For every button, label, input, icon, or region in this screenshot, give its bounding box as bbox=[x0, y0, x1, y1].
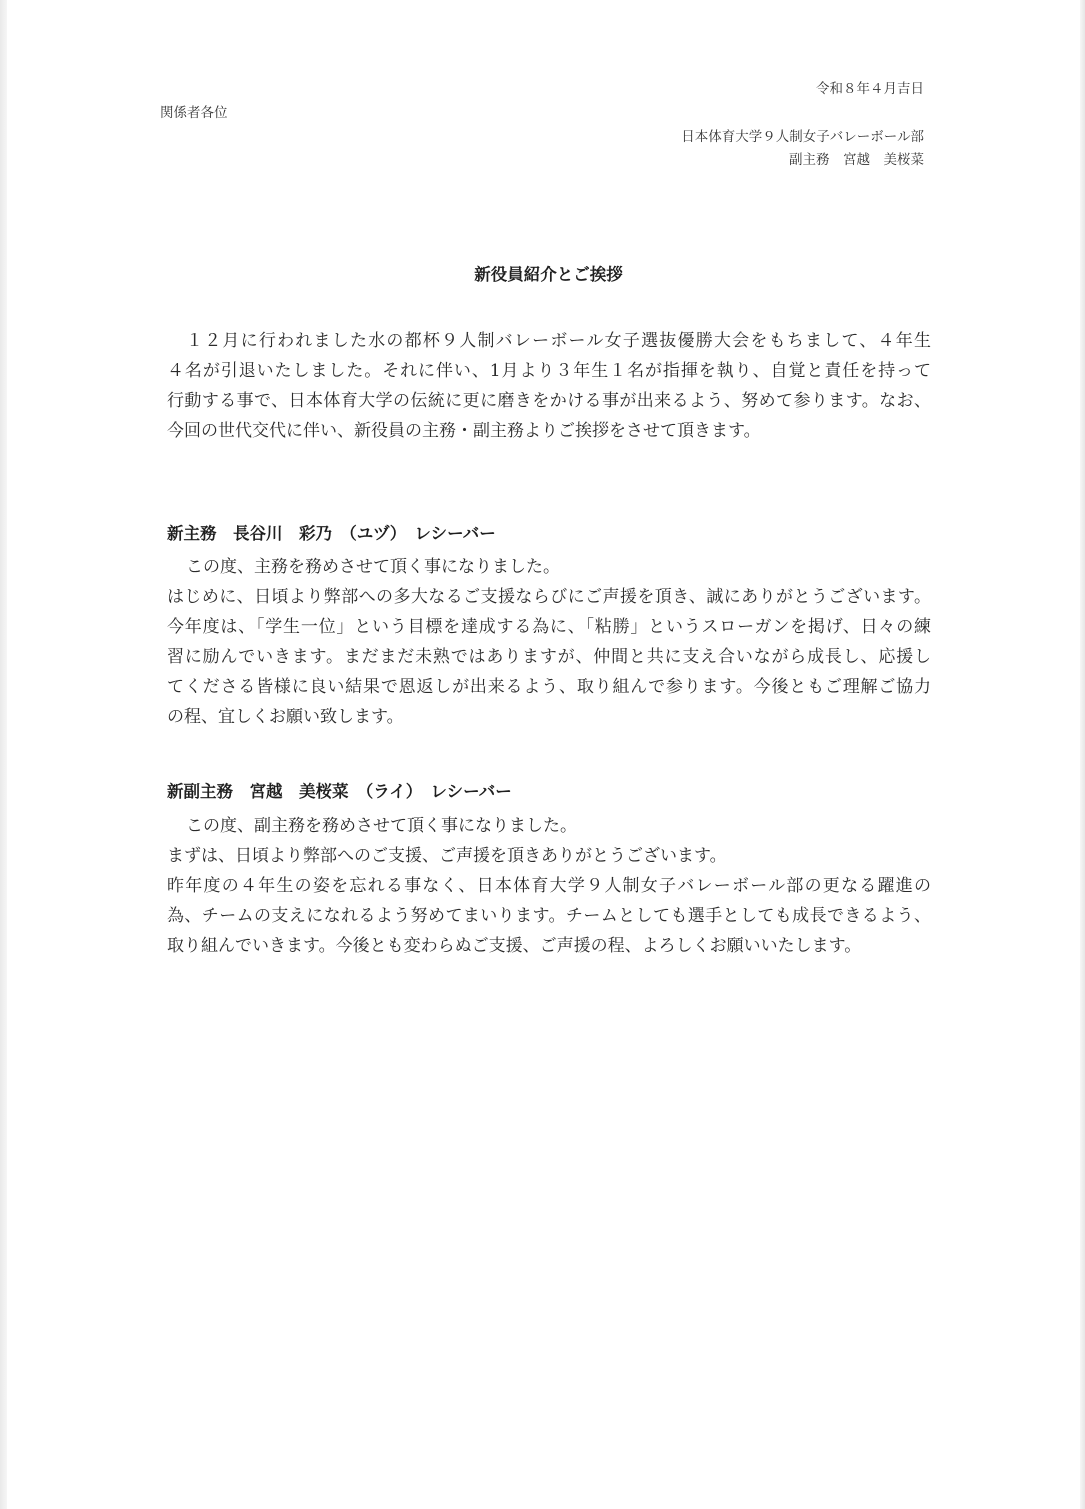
paragraph-line: この度、副主務を務めさせて頂く事になりました。 bbox=[167, 811, 931, 841]
paragraph-line: ４名が引退いたしました。それに伴い、1月より３年生１名が指揮を執り、自覚と責任を… bbox=[167, 356, 931, 386]
paragraph-line: 取り組んでいきます。今後とも変わらぬご支援、ご声援の程、よろしくお願いいたします… bbox=[167, 931, 931, 961]
paragraph-line: の程、宜しくお願い致します。 bbox=[167, 702, 931, 732]
paragraph-line: 習に励んでいきます。まだまだ未熟ではありますが、仲間と共に支え合いながら成長し、… bbox=[167, 642, 931, 672]
document-date: 令和８年４月吉日 bbox=[816, 80, 924, 98]
sender-name: 副主務 宮越 美桜菜 bbox=[789, 151, 924, 169]
intro-paragraph: １２月に行われました水の都杯９人制バレーボール女子選抜優勝大会をもちまして、４年… bbox=[167, 326, 931, 446]
page-edge-right bbox=[1080, 0, 1085, 1509]
paragraph-line: この度、主務を務めさせて頂く事になりました。 bbox=[167, 552, 931, 582]
paragraph-line: 今回の世代交代に伴い、新役員の主務・副主務よりご挨拶をさせて頂きます。 bbox=[167, 416, 931, 446]
page-edge-left bbox=[0, 0, 7, 1509]
sender-organization: 日本体育大学９人制女子バレーボール部 bbox=[681, 128, 924, 146]
paragraph-line: てくださる皆様に良い結果で恩返しが出来るよう、取り組んで参ります。今後ともご理解… bbox=[167, 672, 931, 702]
paragraph-line: 為、チームの支えになれるよう努めてまいります。チームとしても選手としても成長でき… bbox=[167, 901, 931, 931]
greeting-heading-new-manager: 新主務 長谷川 彩乃 （ユヅ） レシーバー bbox=[167, 523, 931, 545]
paragraph-line: まずは、日頃より弊部へのご支援、ご声援を頂きありがとうございます。 bbox=[167, 841, 931, 871]
paragraph-line: 今年度は、「学生一位」という目標を達成する為に、「粘勝」というスローガンを掲げ、… bbox=[167, 612, 931, 642]
document-title: 新役員紹介とご挨拶 bbox=[7, 264, 1085, 286]
recipient: 関係者各位 bbox=[160, 104, 228, 122]
greeting-heading-new-assistant-manager: 新副主務 宮越 美桜菜 （ライ） レシーバー bbox=[167, 781, 931, 803]
paragraph-line: １２月に行われました水の都杯９人制バレーボール女子選抜優勝大会をもちまして、４年… bbox=[167, 326, 931, 356]
paragraph-line: 行動する事で、日本体育大学の伝統に更に磨きをかける事が出来るよう、努めて参ります… bbox=[167, 386, 931, 416]
greeting-paragraph-new-manager: この度、主務を務めさせて頂く事になりました。 はじめに、日頃より弊部への多大なる… bbox=[167, 552, 931, 732]
paragraph-line: 昨年度の４年生の姿を忘れる事なく、日本体育大学９人制女子バレーボール部の更なる躍… bbox=[167, 871, 931, 901]
paragraph-line: はじめに、日頃より弊部への多大なるご支援ならびにご声援を頂き、誠にありがとうござ… bbox=[167, 582, 931, 612]
document-page: 令和８年４月吉日 関係者各位 日本体育大学９人制女子バレーボール部 副主務 宮越… bbox=[7, 0, 1080, 1509]
greeting-paragraph-new-assistant-manager: この度、副主務を務めさせて頂く事になりました。 まずは、日頃より弊部へのご支援、… bbox=[167, 811, 931, 961]
